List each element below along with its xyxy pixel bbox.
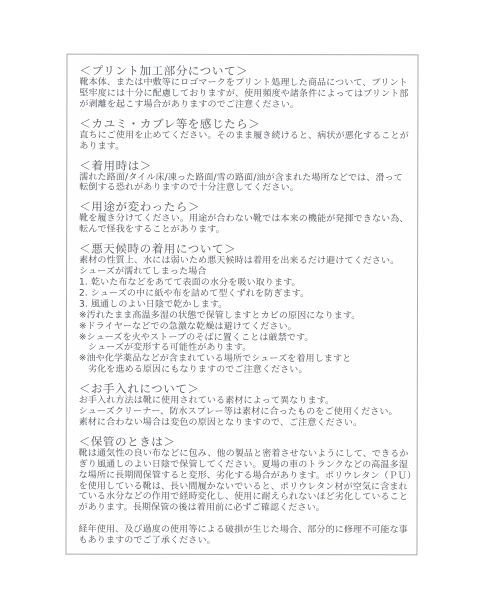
section-title: ＜着用時は＞ bbox=[79, 159, 408, 173]
section-text-line: 転倒する恐れがありますので十分注意してください。 bbox=[79, 183, 408, 195]
section-text-line: 素材に合わない場合は変色の原因となりますので、ご注意ください。 bbox=[79, 418, 408, 430]
section-title: ＜悪天候時の着用について＞ bbox=[79, 243, 408, 257]
section-text-line: な場所に長期間保管すると変形、劣化する場合があります。ポリウレタン（ＰＵ） bbox=[79, 470, 408, 482]
section-title: ＜カユミ・カブレ等を感じたら＞ bbox=[79, 117, 408, 131]
section: ＜着用時は＞濡れた路面/タイル床/凍った路面/雪の路面/油が含まれた場所などでは… bbox=[79, 159, 408, 195]
section: ＜悪天候時の着用について＞素材の性質上、水には弱いため悪天候時は着用を出来るだけ… bbox=[79, 243, 408, 377]
section-text-line: 3. 風通しのよい日陰で乾かします。 bbox=[79, 299, 408, 311]
section: ＜プリント加工部分について＞靴本体、または中敷等にロゴマークをプリント処理した商… bbox=[79, 65, 408, 111]
section-title: ＜用途が変わったら＞ bbox=[79, 201, 408, 215]
section-text-line: お手入れ方法は靴に使用されている素材によって異なります。 bbox=[79, 396, 408, 408]
section-text-line: 1. 乾いた布などをあてて表面の水分を吸い取ります。 bbox=[79, 278, 408, 290]
section: ＜用途が変わったら＞靴を履き分けてください。用途が合わない靴では本来の機能が発揮… bbox=[79, 201, 408, 237]
section-text-line: ※ドライヤーなどでの急激な乾燥は避けてください。 bbox=[79, 321, 408, 333]
section-text-line: シューズクリーナー、防水スプレー等は素材に合ったものをご使用ください。 bbox=[79, 407, 408, 419]
section-text-line: 転んで怪我をすることがあります。 bbox=[79, 225, 408, 237]
scan-background: ＜プリント加工部分について＞靴本体、または中敷等にロゴマークをプリント処理した商… bbox=[0, 0, 500, 600]
section-text-line: 堅牢度には十分に配慮しておりますが、使用頻度や諸条件によってはプリント部 bbox=[79, 89, 408, 101]
section-text-line: 劣化を進める原因にもなりますのでご注意ください。 bbox=[79, 365, 408, 377]
closing-note-line: もありますのでご了承ください。 bbox=[78, 536, 407, 548]
section-text-line: 2. シューズの中に紙や布を詰めて型くずれを防ぎます。 bbox=[79, 289, 408, 301]
section-text-line: 靴は通気性の良い布などに包み、他の製品と密着させないようにして、できるか bbox=[79, 449, 408, 461]
section-text-line: ぎり風通しのよい日陰で保管してください。夏場の車のトランクなどの高温多湿 bbox=[79, 459, 408, 471]
section-title: ＜保管のときは＞ bbox=[79, 436, 408, 450]
section: ＜カユミ・カブレ等を感じたら＞直ちにご使用を止めてください。そのまま履き続けると… bbox=[79, 117, 408, 153]
section: ＜保管のときは＞靴は通気性の良い布などに包み、他の製品と密着させないようにして、… bbox=[79, 436, 408, 515]
section-text-line: シューズが濡れてしまった場合 bbox=[79, 267, 408, 279]
section-title: ＜お手入れについて＞ bbox=[79, 383, 408, 397]
section-text-line: 直ちにご使用を止めてください。そのまま履き続けると、病状が悪化することが bbox=[79, 130, 408, 142]
section-text-line: が剥離を起こす場合がありますのでご注意ください。 bbox=[79, 99, 408, 111]
sheet-content: ＜プリント加工部分について＞靴本体、または中敷等にロゴマークをプリント処理した商… bbox=[79, 65, 409, 515]
section-text-line: があります。長期保管の後は着用前に必ずご確認ください。 bbox=[79, 503, 408, 515]
section-text-line: 素材の性質上、水には弱いため悪天候時は着用を出来るだけ避けてください。 bbox=[79, 256, 408, 268]
section-title: ＜プリント加工部分について＞ bbox=[79, 65, 408, 79]
closing-note: 経年使用、及び過度の使用等による破損が生じた場合、部分的に修理不可能な事もありま… bbox=[78, 525, 407, 548]
section-text-line: 靴本体、または中敷等にロゴマークをプリント処理した商品について、プリント bbox=[79, 78, 408, 90]
section-text-line: あります。 bbox=[79, 141, 408, 153]
section: ＜お手入れについて＞お手入れ方法は靴に使用されている素材によって異なります。シュ… bbox=[79, 383, 408, 429]
section-text-line: ※汚れたまま高温多湿の状態で保管しますとカビの原因になります。 bbox=[79, 310, 408, 322]
care-instructions-sheet: ＜プリント加工部分について＞靴本体、または中敷等にロゴマークをプリント処理した商… bbox=[65, 54, 418, 556]
